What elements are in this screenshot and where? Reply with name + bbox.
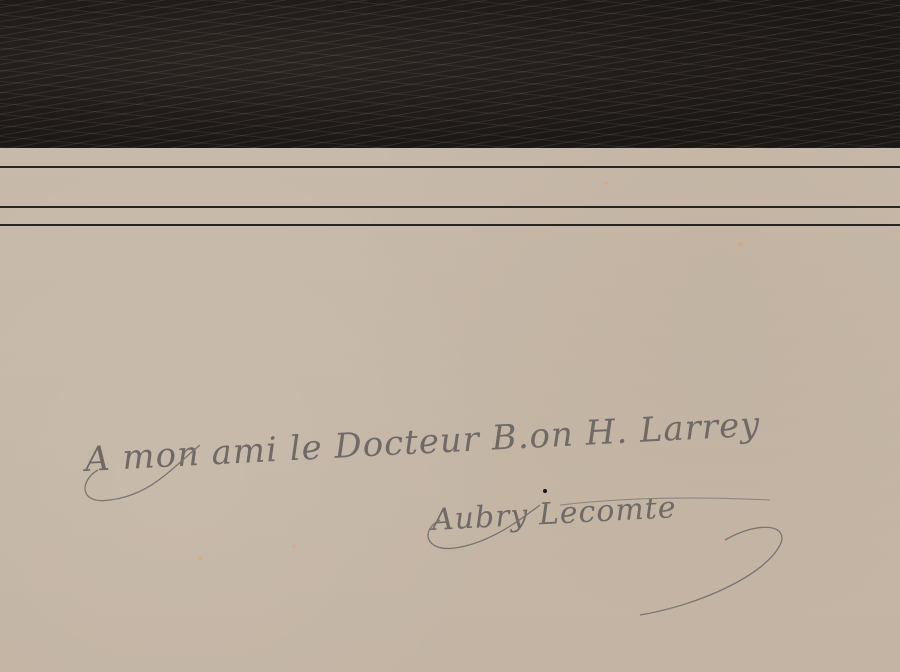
foxing-spot [738,242,743,247]
foxing-spot [292,544,296,548]
signature-flourish [0,0,900,672]
foxing-spot [604,181,608,185]
ink-dot [543,489,547,493]
foxing-spot [198,556,203,561]
